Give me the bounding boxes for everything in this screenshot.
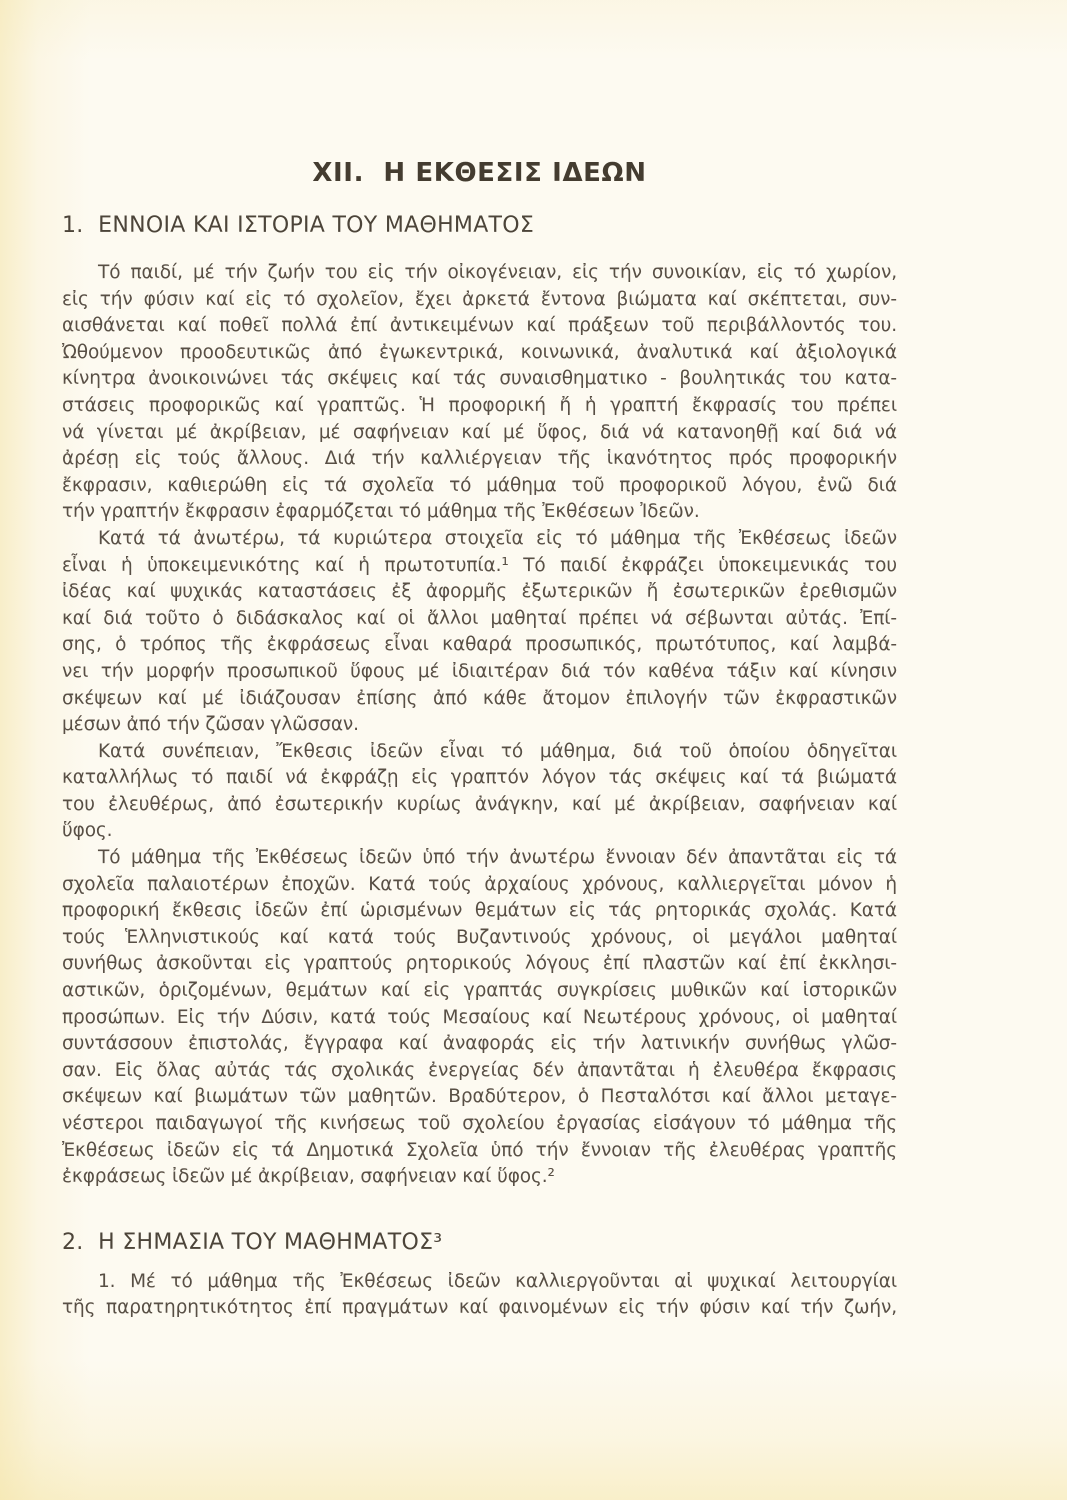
text-line: τῆς παρατηρητικότητος ἐπί πραγμάτων καί …	[62, 1295, 897, 1322]
text-line: νέστεροι παιδαγωγοί τῆς κινήσεως τοῦ σχο…	[62, 1111, 897, 1138]
paragraph: Τό παιδί, μέ τήν ζωήν του εἰς τήν οἰκογέ…	[62, 260, 897, 526]
page-content: 1. ΕΝΝΟΙΑ ΚΑΙ ΙΣΤΟΡΙΑ ΤΟΥ ΜΑΘΗΜΑΤΟΣΤό πα…	[62, 213, 897, 1322]
text-line: σαν. Εἰς ὅλας αὐτάς τάς σχολικάς ἐνεργεί…	[62, 1058, 897, 1085]
section-heading: 2. Η ΣΗΜΑΣΙΑ ΤΟΥ ΜΑΘΗΜΑΤΟΣ³	[62, 1230, 897, 1256]
text-line: ἀρέσῃ εἰς τούς ἄλλους. Διά τήν καλλιέργε…	[62, 446, 897, 473]
text-line: Τό μάθημα τῆς Ἐκθέσεως ἰδεῶν ὑπό τήν ἀνω…	[62, 845, 897, 872]
text-line: του ἐλευθέρως, ἀπό ἐσωτερικήν κυρίως ἀνά…	[62, 792, 897, 819]
page-title: XII. Η ΕΚΘΕΣΙΣ ΙΔΕΩΝ	[62, 158, 897, 188]
text-line: σχολεῖα παλαιοτέρων ἐποχῶν. Κατά τούς ἀρ…	[62, 872, 897, 899]
text-line: ἔκφρασιν, καθιερώθη εἰς τά σχολεῖα τό μά…	[62, 473, 897, 500]
text-line: τήν γραπτήν ἔκφρασιν ἐφαρμόζεται τό μάθη…	[62, 499, 897, 526]
paragraph: Τό μάθημα τῆς Ἐκθέσεως ἰδεῶν ὑπό τήν ἀνω…	[62, 845, 897, 1191]
text-line: Ἐκθέσεως ἰδεῶν εἰς τά Δημοτικά Σχολεῖα ὑ…	[62, 1138, 897, 1165]
paragraph: Κατά τά ἀνωτέρω, τά κυριώτερα στοιχεῖα ε…	[62, 526, 897, 739]
text-line: εἰς τήν φύσιν καί εἰς τό σχολεῖον, ἔχει …	[62, 287, 897, 314]
text-line: προσώπων. Εἰς τήν Δύσιν, κατά τούς Μεσαί…	[62, 1005, 897, 1032]
section-heading: 1. ΕΝΝΟΙΑ ΚΑΙ ΙΣΤΟΡΙΑ ΤΟΥ ΜΑΘΗΜΑΤΟΣ	[62, 213, 897, 239]
paragraph: 1. Μέ τό μάθημα τῆς Ἐκθέσεως ἰδεῶν καλλι…	[62, 1269, 897, 1322]
text-line: καί διά τοῦτο ὁ διδάσκαλος καί οἱ ἄλλοι …	[62, 606, 897, 633]
document-page: XII. Η ΕΚΘΕΣΙΣ ΙΔΕΩΝ 1. ΕΝΝΟΙΑ ΚΑΙ ΙΣΤΟΡ…	[0, 0, 897, 1322]
text-line: ἐκφράσεως ἰδεῶν μέ ἀκρίβειαν, σαφήνειαν …	[62, 1164, 897, 1191]
text-line: τούς Ἑλληνιστικούς καί κατά τούς Βυζαντι…	[62, 925, 897, 952]
text-line: Ὠθούμενον προοδευτικῶς ἀπό ἐγωκεντρικά, …	[62, 340, 897, 367]
text-line: σης, ὁ τρόπος τῆς ἐκφράσεως εἶναι καθαρά…	[62, 632, 897, 659]
text-line: ὕφος.	[62, 818, 897, 845]
text-line: στάσεις προφορικῶς καί γραπτῶς. Ἡ προφορ…	[62, 393, 897, 420]
text-line: Κατά συνέπειαν, Ἔκθεσις ἰδεῶν εἶναι τό μ…	[62, 739, 897, 766]
text-line: σκέψεων καί μέ ἰδιάζουσαν ἐπίσης ἀπό κάθ…	[62, 686, 897, 713]
text-line: προφορική ἔκθεσις ἰδεῶν ἐπί ὡρισμένων θε…	[62, 898, 897, 925]
text-line: Τό παιδί, μέ τήν ζωήν του εἰς τήν οἰκογέ…	[62, 260, 897, 287]
text-line: αισθάνεται καί ποθεῖ πολλά ἐπί ἀντικειμέ…	[62, 313, 897, 340]
text-line: εἶναι ἡ ὑποκειμενικότης καί ἡ πρωτοτυπία…	[62, 553, 897, 580]
paragraph: Κατά συνέπειαν, Ἔκθεσις ἰδεῶν εἶναι τό μ…	[62, 739, 897, 845]
text-line: ἰδέας καί ψυχικάς καταστάσεις ἐξ ἀφορμῆς…	[62, 579, 897, 606]
text-line: συνήθως ἀσκοῦνται εἰς γραπτούς ρητορικού…	[62, 951, 897, 978]
text-line: 1. Μέ τό μάθημα τῆς Ἐκθέσεως ἰδεῶν καλλι…	[62, 1269, 897, 1296]
text-line: συντάσσουν ἐπιστολάς, ἔγγραφα καί ἀναφορ…	[62, 1031, 897, 1058]
text-line: Κατά τά ἀνωτέρω, τά κυριώτερα στοιχεῖα ε…	[62, 526, 897, 553]
text-line: αστικῶν, ὁριζομένων, θεμάτων καί εἰς γρα…	[62, 978, 897, 1005]
text-line: κίνητρα ἀνοικοινώνει τάς σκέψεις καί τάς…	[62, 366, 897, 393]
text-line: νά γίνεται μέ ἀκρίβειαν, μέ σαφήνειαν κα…	[62, 420, 897, 447]
text-line: μέσων ἀπό τήν ζῶσαν γλῶσσαν.	[62, 712, 897, 739]
text-line: σκέψεων καί βιωμάτων τῶν μαθητῶν. Βραδύτ…	[62, 1084, 897, 1111]
text-line: νει τήν μορφήν προσωπικοῦ ὕφους μέ ἰδιαι…	[62, 659, 897, 686]
text-line: καταλλήλως τό παιδί νά ἐκφράζῃ εἰς γραπτ…	[62, 765, 897, 792]
